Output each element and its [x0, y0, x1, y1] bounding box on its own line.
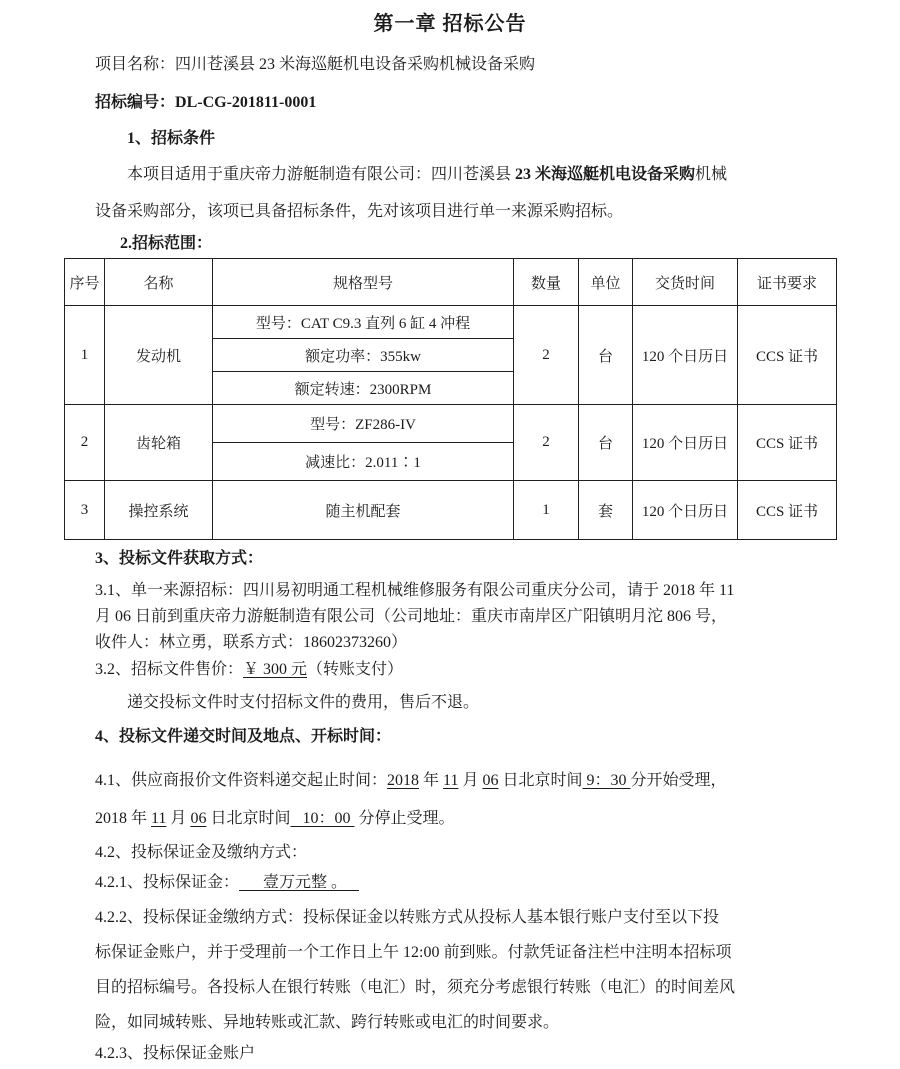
start-month-underlined: 11 [443, 772, 458, 789]
row2-cert: CCS 证书 [738, 405, 837, 481]
section3-2-note: 递交投标文件时支付招标文件的费用，售后不退。 [95, 690, 842, 716]
col-header-no: 序号 [65, 259, 105, 306]
section1-paragraph: 本项目适用于重庆帝力游艇制造有限公司：四川苍溪县 23 米海巡艇机电设备采购机械… [95, 156, 842, 230]
document-body-lower: 3、投标文件获取方式： 3.1、单一来源招标：四川易初明通工程机械维修服务有限公… [0, 546, 900, 1068]
section4-2-2-line3: 目的招标编号。各投标人在银行转账（电汇）时，须充分考虑银行转账（电汇）的时间差风 [95, 970, 842, 1005]
section4-2-2-paragraph: 4.2.2、投标保证金缴纳方式：投标保证金以转账方式从投标人基本银行账户支付至以… [95, 900, 842, 1040]
section3-1-line2: 月 06 日前到重庆帝力游艇制造有限公司（公司地址：重庆市南岸区广阳镇明月沱 8… [95, 604, 842, 630]
row1-unit: 台 [579, 306, 633, 405]
row3-qty: 1 [514, 481, 579, 540]
start-year-underlined: 2018 [387, 772, 419, 789]
project-name-label: 项目名称： [95, 56, 175, 73]
section3-1-paragraph: 3.1、单一来源招标：四川易初明通工程机械维修服务有限公司重庆分公司，请于 20… [95, 578, 842, 656]
section3-1-line1: 3.1、单一来源招标：四川易初明通工程机械维修服务有限公司重庆分公司，请于 20… [95, 578, 842, 604]
beijing-time-label: 日北京时间 [498, 772, 582, 789]
section4-2-3-line: 4.2.3、投标保证金账户 [95, 1040, 842, 1068]
row3-delivery: 120 个日历日 [633, 481, 738, 540]
col-header-cert: 证书要求 [738, 259, 837, 306]
stop-day-underlined: 06 [190, 810, 206, 827]
row2-spec-1: 型号：ZF286-IV [213, 405, 514, 443]
row1-name: 发动机 [105, 306, 213, 405]
section3-2-label: 3.2、招标文件售价： [95, 661, 243, 678]
document-body: 项目名称：四川苍溪县 23 米海巡艇机电设备采购机械设备采购 招标编号：DL-C… [0, 55, 900, 253]
section4-1-label: 4.1、供应商报价文件资料递交起止时间： [95, 772, 387, 789]
beijing-time-label2: 日北京时间 [206, 810, 290, 827]
row1-qty: 2 [514, 306, 579, 405]
page-title: 第一章 招标公告 [0, 12, 900, 36]
stop-year: 2018 年 [95, 810, 151, 827]
section4-2-line: 4.2、投标保证金及缴纳方式： [95, 838, 842, 868]
row2-name: 齿轮箱 [105, 405, 213, 481]
table-header-row: 序号 名称 规格型号 数量 单位 交货时间 证书要求 [65, 259, 837, 306]
month-unit: 月 [458, 772, 482, 789]
row1-no: 1 [65, 306, 105, 405]
stop-accept-text: 分停止受理。 [354, 810, 454, 827]
section4-1-line1: 4.1、供应商报价文件资料递交起止时间：2018 年 11 月 06 日北京时间… [95, 762, 842, 800]
row3-no: 3 [65, 481, 105, 540]
section3-2-line: 3.2、招标文件售价：￥ 300 元（转账支付） [95, 657, 842, 683]
row1-spec-1: 型号：CAT C9.3 直列 6 缸 4 冲程 [213, 306, 514, 339]
bid-number-line: 招标编号：DL-CG-201811-0001 [95, 93, 842, 112]
start-day-underlined: 06 [482, 772, 498, 789]
row2-spec-2: 减速比：2.011∶1 [213, 443, 514, 481]
col-header-name: 名称 [105, 259, 213, 306]
section1-heading: 1、招标条件 [95, 129, 842, 148]
section1-text-bold: 23 米海巡艇机电设备采购 [515, 166, 695, 183]
deposit-amount-underlined: 壹万元整 。 [239, 874, 359, 891]
stop-month-underlined: 11 [151, 810, 166, 827]
row1-cert: CCS 证书 [738, 306, 837, 405]
section1-paragraph-line2: 设备采购部分，该项已具备招标条件，先对该项目进行单一来源采购招标。 [95, 193, 842, 230]
row1-spec-3: 额定转速：2300RPM [213, 372, 514, 405]
document-page: 第一章 招标公告 项目名称：四川苍溪县 23 米海巡艇机电设备采购机械设备采购 … [0, 0, 900, 1069]
table-row: 1 发动机 型号：CAT C9.3 直列 6 缸 4 冲程 2 台 120 个日… [65, 306, 837, 339]
row1-delivery: 120 个日历日 [633, 306, 738, 405]
section3-1-line3: 收件人：林立勇，联系方式：18602373260） [95, 630, 842, 656]
section3-2-payment-note: （转账支付） [307, 661, 403, 678]
section4-2-2-line1: 4.2.2、投标保证金缴纳方式：投标保证金以转账方式从投标人基本银行账户支付至以… [95, 900, 842, 935]
deposit-label: 4.2.1、投标保证金： [95, 874, 239, 891]
row3-name: 操控系统 [105, 481, 213, 540]
project-name-line: 项目名称：四川苍溪县 23 米海巡艇机电设备采购机械设备采购 [95, 55, 842, 74]
section4-heading: 4、投标文件递交时间及地点、开标时间： [95, 724, 842, 750]
col-header-spec: 规格型号 [213, 259, 514, 306]
table-row: 3 操控系统 随主机配套 1 套 120 个日历日 CCS 证书 [65, 481, 837, 540]
row1-spec-2: 额定功率：355kw [213, 339, 514, 372]
section1-paragraph-line1: 本项目适用于重庆帝力游艇制造有限公司：四川苍溪县 23 米海巡艇机电设备采购机械 [95, 156, 842, 193]
start-time-underlined: 9：30 [582, 772, 630, 789]
section4-2-2-line4: 险，如同城转账、异地转账或汇款、跨行转账或电汇的时间要求。 [95, 1005, 842, 1040]
section4-2-1-line: 4.2.1、投标保证金： 壹万元整 。 [95, 868, 842, 898]
bid-scope-table: 序号 名称 规格型号 数量 单位 交货时间 证书要求 1 发动机 型号：CAT … [64, 258, 837, 540]
col-header-qty: 数量 [514, 259, 579, 306]
row3-unit: 套 [579, 481, 633, 540]
start-accept-text: 分开始受理， [630, 772, 726, 789]
section3-heading: 3、投标文件获取方式： [95, 546, 842, 572]
section4-1-paragraph: 4.1、供应商报价文件资料递交起止时间：2018 年 11 月 06 日北京时间… [95, 762, 842, 838]
row2-no: 2 [65, 405, 105, 481]
section1-text-post: 机械 [695, 166, 727, 183]
section1-text-pre: 本项目适用于重庆帝力游艇制造有限公司：四川苍溪县 [127, 166, 515, 183]
section4-1-line2: 2018 年 11 月 06 日北京时间 10：00 分停止受理。 [95, 800, 842, 838]
section4-2-2-line2: 标保证金账户，并于受理前一个工作日上午 12:00 前到账。付款凭证备注栏中注明… [95, 935, 842, 970]
bid-number-label: 招标编号： [95, 94, 175, 111]
project-name-value: 四川苍溪县 23 米海巡艇机电设备采购机械设备采购 [175, 56, 535, 73]
stop-time-underlined: 10：00 [290, 810, 354, 827]
col-header-delivery: 交货时间 [633, 259, 738, 306]
section2-heading: 2.招标范围： [95, 234, 842, 253]
section3-2-price-underlined: ￥ 300 元 [243, 661, 307, 678]
row3-cert: CCS 证书 [738, 481, 837, 540]
year-unit: 年 [419, 772, 443, 789]
table-row: 2 齿轮箱 型号：ZF286-IV 2 台 120 个日历日 CCS 证书 [65, 405, 837, 443]
row2-delivery: 120 个日历日 [633, 405, 738, 481]
row2-unit: 台 [579, 405, 633, 481]
bid-number-value: DL-CG-201811-0001 [175, 94, 316, 111]
col-header-unit: 单位 [579, 259, 633, 306]
row2-qty: 2 [514, 405, 579, 481]
row3-spec-1: 随主机配套 [213, 481, 514, 540]
month-unit2: 月 [166, 810, 190, 827]
